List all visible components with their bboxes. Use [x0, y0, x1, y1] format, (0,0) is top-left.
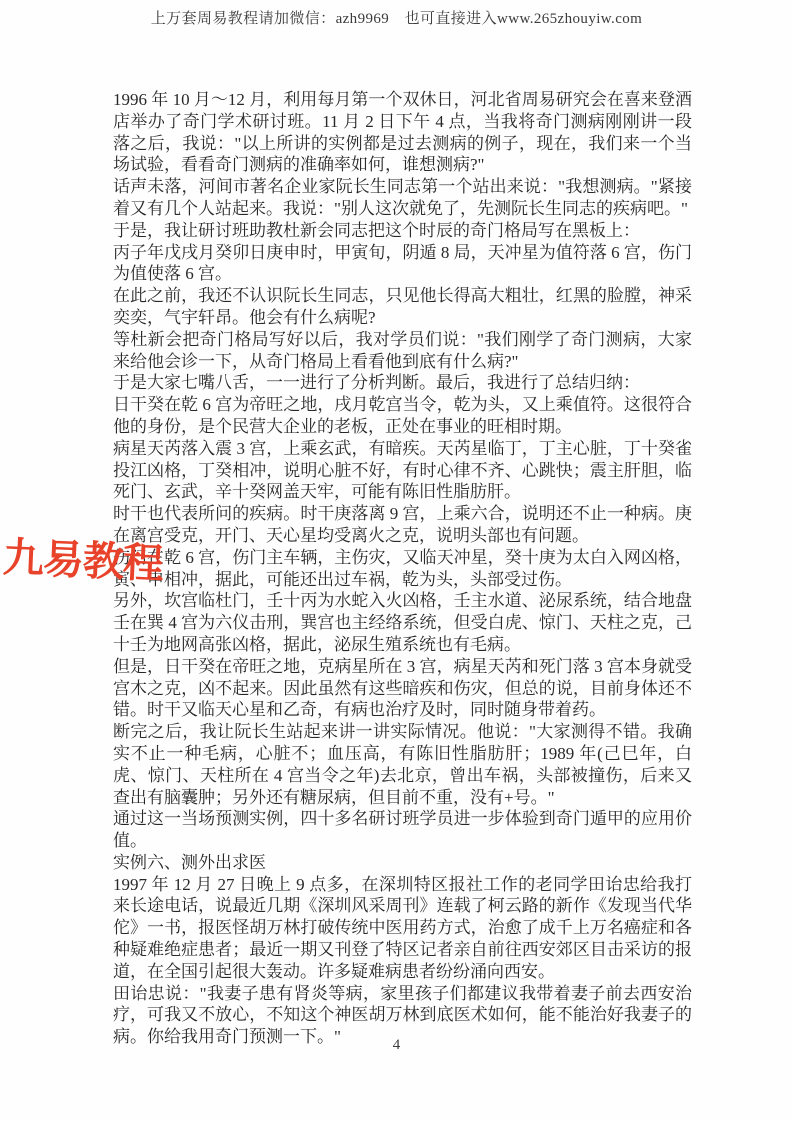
paragraph: 于是，我让研讨班助教杜新会同志把这个时辰的奇门格局写在黑板上：: [113, 220, 692, 242]
section-heading: 实例六、测外出求医: [113, 852, 692, 874]
paragraph: 等杜新会把奇门格局写好以后，我对学员们说："我们刚学了奇门测病，大家来给他会诊一…: [113, 329, 692, 373]
paragraph: 时干也代表所问的疾病。时干庚落离 9 宫，上乘六合，说明还不止一种病。庚在离宫受…: [113, 503, 692, 547]
paragraph: 在此之前，我还不认识阮长生同志，只见他长得高大粗壮，红黑的脸膛，神采奕奕，气宇轩…: [113, 285, 692, 329]
paragraph: 于是大家七嘴八舌，一一进行了分析判断。最后，我进行了总结归纳：: [113, 372, 692, 394]
paragraph: 伤门在乾 6 宫，伤门主车辆，主伤灾，又临天冲星，癸十庚为太白入网凶格，寅、申相…: [113, 547, 692, 591]
paragraph: 通过这一当场预测实例，四十多名研讨班学员进一步体验到奇门遁甲的应用价值。: [113, 808, 692, 852]
page-number: 4: [0, 1037, 793, 1054]
document-page: 上万套周易教程请加微信：azh9969 也可直接进入www.265zhouyiw…: [0, 0, 793, 1121]
paragraph: 丙子年戊戌月癸卯日庚申时，甲寅旬，阴遁 8 局，天冲星为值符落 6 宫，伤门为值…: [113, 242, 692, 286]
paragraph: 1997 年 12 月 27 日晚上 9 点多，在深圳特区报社工作的老同学田诒忠…: [113, 874, 692, 983]
paragraph: 病星天芮落入震 3 宫，上乘玄武，有暗疾。天芮星临丁，丁主心脏，丁十癸雀投江凶格…: [113, 438, 692, 503]
paragraph: 断完之后，我让阮长生站起来讲一讲实际情况。他说："大家测得不错。我确实不止一种毛…: [113, 721, 692, 808]
paragraph: 日干癸在乾 6 宫为帝旺之地，戌月乾宫当令，乾为头，又上乘值符。这很符合他的身份…: [113, 394, 692, 438]
paragraph: 1996 年 10 月～12 月，利用每月第一个双休日，河北省周易研究会在喜来登…: [113, 89, 692, 176]
paragraph: 另外，坎宫临杜门，壬十丙为水蛇入火凶格，壬主水道、泌尿系统，结合地盘壬在巽 4 …: [113, 590, 692, 655]
red-watermark: 九易教程: [2, 534, 164, 587]
paragraph: 话声未落，河间市著名企业家阮长生同志第一个站出来说："我想测病。"紧接着又有几个…: [113, 176, 692, 220]
paragraph: 但是，日干癸在帝旺之地，克病星所在 3 宫，病星天芮和死门落 3 宫本身就受宫木…: [113, 656, 692, 721]
promo-header-text: 上万套周易教程请加微信：azh9969 也可直接进入www.265zhouyiw…: [0, 7, 793, 28]
body-text: 1996 年 10 月～12 月，利用每月第一个双休日，河北省周易研究会在喜来登…: [113, 89, 692, 1048]
